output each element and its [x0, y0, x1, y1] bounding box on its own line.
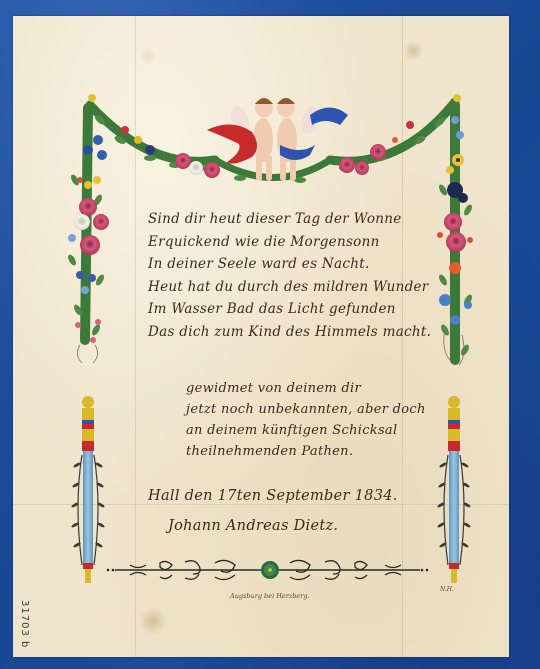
engraver-mark: N.H.	[440, 586, 454, 593]
dedication-text: gewidmet von deinem dir jetzt noch unbek…	[186, 378, 426, 462]
dedication-line: an deinem künftigen Schicksal	[186, 420, 426, 441]
poem-line: In deiner Seele ward es Nacht.	[148, 253, 431, 276]
fold-line	[135, 16, 136, 657]
dedication-line: gewidmet von deinem dir	[186, 378, 426, 399]
fold-line	[13, 504, 509, 505]
dedication-line: theilnehmenden Pathen.	[186, 441, 426, 462]
poem-line: Sind dir heut dieser Tag der Wonne	[148, 208, 431, 231]
poem-line: Heut hat du durch des mildren Wunder	[148, 276, 431, 299]
poem-line: Erquickend wie die Morgensonn	[148, 231, 431, 254]
signature: Johann Andreas Dietz.	[168, 518, 338, 534]
place-and-date: Hall den 17ten September 1834.	[148, 488, 398, 504]
dedication-line: jetzt noch unbekannten, aber doch	[186, 399, 426, 420]
archive-number: 31703 b	[19, 600, 30, 648]
printer-imprint: Augsburg bei Herzberg.	[230, 592, 310, 600]
poem-verse: Sind dir heut dieser Tag der Wonne Erqui…	[148, 208, 431, 343]
poem-line: Im Wasser Bad das Licht gefunden	[148, 298, 431, 321]
poem-line: Das dich zum Kind des Himmels macht.	[148, 321, 431, 344]
